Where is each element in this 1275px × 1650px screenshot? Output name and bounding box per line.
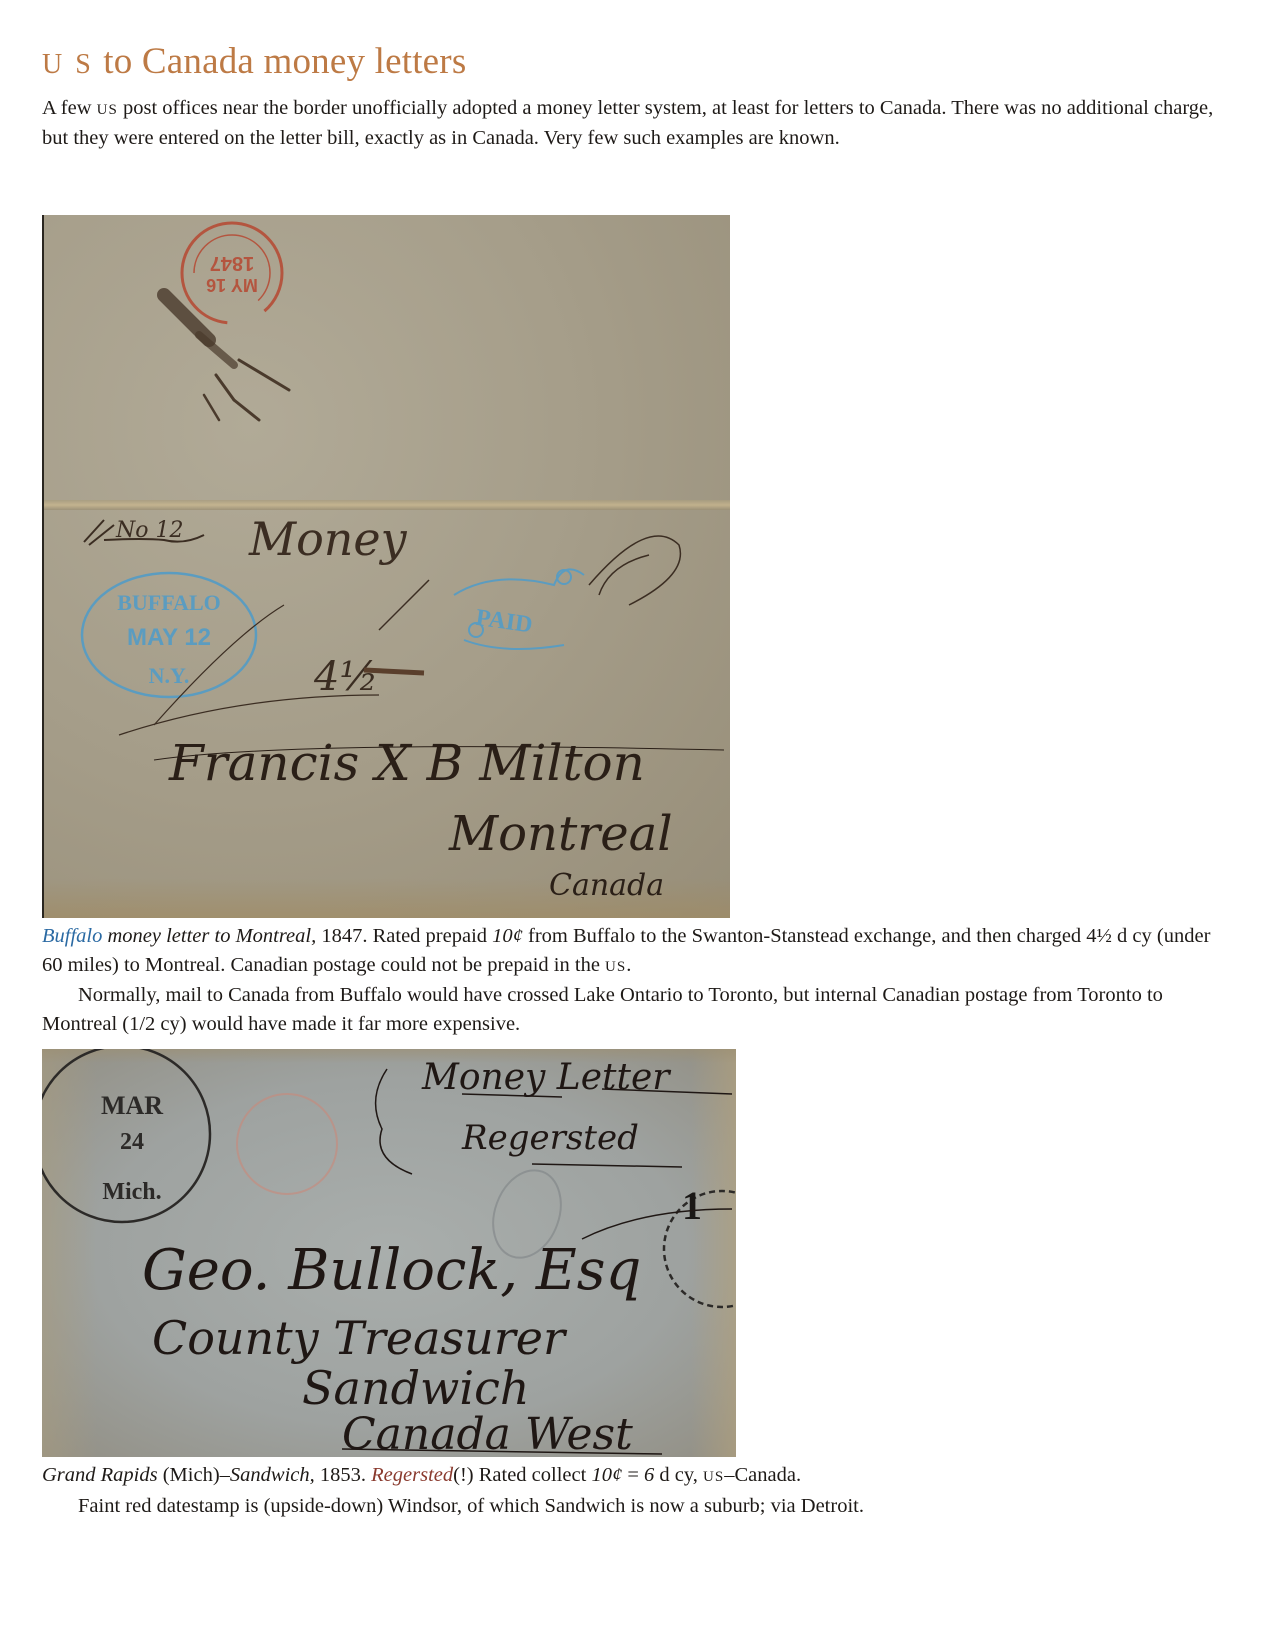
page-title: U S to Canada money letters [42,40,466,83]
caption-text: –Canada. [724,1464,801,1486]
svg-text:Geo. Bullock, Esq: Geo. Bullock, Esq [142,1238,641,1303]
caption-paragraph-1: Grand Rapids (Mich)–Sandwich, 1853. Rege… [42,1461,1232,1492]
blue-buffalo-postmark-icon: BUFFALO MAY 12 N.Y. [82,573,256,697]
caption-us-smallcaps: us [605,959,626,975]
caption-text: = [622,1464,644,1486]
title-prefix: U S [42,49,94,80]
manuscript-address-icon: Francis X B Milton Montreal Canada [168,734,673,903]
caption-rate: 10¢ [591,1464,622,1486]
caption-paragraph-2: Normally, mail to Canada from Buffalo wo… [42,981,1232,1038]
black-rate-handstamp-icon: 1 [664,1183,736,1307]
svg-text:MAY 12: MAY 12 [127,624,211,651]
caption-paragraph-1: Buffalo money letter to Montreal, 1847. … [42,922,1232,981]
caption-text: . [626,954,631,976]
intro-us-smallcaps: us [97,102,118,118]
svg-text:BUFFALO: BUFFALO [117,590,220,615]
svg-text:N.Y.: N.Y. [149,663,190,688]
figure-buffalo-letter: MY 16 1847 Money No 12 BUFFALO MAY 12 [42,215,730,918]
figure-grand-rapids-cover: MAR 24 Mich. 1 Money Letter Regersted Ge… [42,1049,736,1457]
ink-smudge-icon [164,295,289,420]
caption-text: (!) Rated collect [453,1464,591,1486]
svg-text:Francis X B Milton: Francis X B Milton [168,734,645,792]
caption-place-link: Buffalo [42,925,102,947]
caption-desc: money letter to Montreal, [102,925,316,947]
intro-text-1: A few [42,97,97,119]
manuscript-address-icon: Geo. Bullock, Esq County Treasurer Sandw… [142,1238,641,1457]
caption-year: 1853. [315,1464,366,1486]
intro-paragraph: A few us post offices near the border un… [42,94,1227,152]
caption-text: (Mich) [158,1464,220,1486]
svg-text:Mich.: Mich. [102,1179,161,1205]
caption-paragraph-2: Faint red datestamp is (upside-down) Win… [42,1492,1232,1521]
intro-text-2: post offices near the border unofficiall… [42,97,1213,149]
caption-route: –Sandwich, [220,1464,315,1486]
svg-text:Regersted: Regersted [461,1118,639,1158]
caption-route: Grand Rapids [42,1464,158,1486]
svg-text:Money Letter: Money Letter [421,1057,671,1098]
svg-text:MAR: MAR [101,1091,163,1120]
svg-text:Sandwich: Sandwich [302,1361,529,1415]
caption-year: 1847. [316,925,367,947]
caption-regersted: Regersted [371,1464,453,1486]
svg-text:Montreal: Montreal [448,806,673,862]
caption-text: d cy, [654,1464,703,1486]
svg-text:Money: Money [248,512,408,566]
svg-text:1: 1 [682,1183,702,1228]
faint-red-windsor-postmark-icon [237,1094,337,1194]
grand-rapids-cover-markings: MAR 24 Mich. 1 Money Letter Regersted Ge… [42,1049,736,1457]
svg-text:24: 24 [120,1129,144,1155]
blue-paid-handstamp-icon: PAID [454,569,584,649]
black-grand-rapids-postmark-icon: MAR 24 Mich. [42,1049,210,1222]
buffalo-letter-markings: MY 16 1847 Money No 12 BUFFALO MAY 12 [44,215,730,918]
svg-text:Canada: Canada [549,868,664,903]
title-text: to Canada money letters [94,41,467,82]
svg-text:MY 16: MY 16 [206,275,258,295]
svg-text:County Treasurer: County Treasurer [152,1311,568,1365]
caption-rate: 6 [644,1464,654,1486]
svg-text:4½: 4½ [313,654,378,700]
caption-buffalo-letter: Buffalo money letter to Montreal, 1847. … [42,922,1232,1038]
caption-text: Rated prepaid [367,925,492,947]
svg-text:1847: 1847 [210,252,255,274]
caption-rate: 10¢ [492,925,523,947]
red-montreal-postmark-icon: MY 16 1847 [182,223,282,323]
caption-us-smallcaps: us [703,1469,724,1485]
manuscript-money-letter-icon: Money Letter Regersted [421,1057,671,1158]
svg-text:No 12: No 12 [115,518,183,543]
caption-grand-rapids-cover: Grand Rapids (Mich)–Sandwich, 1853. Rege… [42,1461,1232,1520]
